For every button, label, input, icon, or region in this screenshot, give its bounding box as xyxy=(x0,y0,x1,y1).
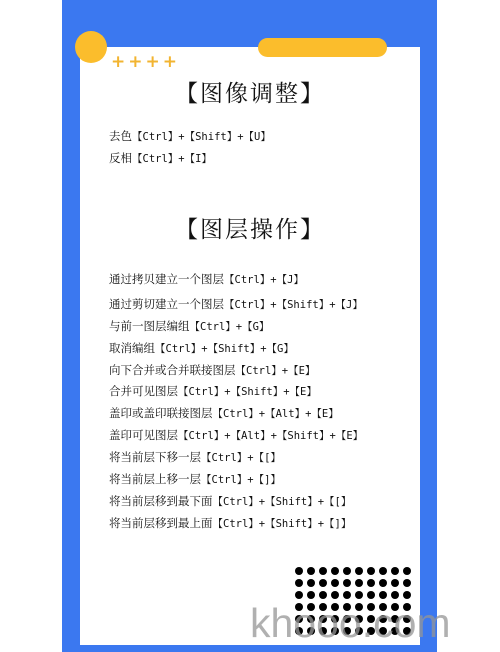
dot xyxy=(319,579,327,587)
shortcut-keys: 【Ctrl】+【Shift】+【E】 xyxy=(178,386,317,398)
shortcut-label: 向下合并或合并联接图层 xyxy=(109,363,236,377)
shortcut-keys: 【Ctrl】+【Shift】+【]】 xyxy=(213,518,352,530)
dot xyxy=(391,591,399,599)
dot xyxy=(367,591,375,599)
shortcut-keys: 【Ctrl】+【]】 xyxy=(201,474,281,486)
dot xyxy=(295,591,303,599)
shortcut-item: 通过拷贝建立一个图层【Ctrl】+【J】 xyxy=(109,271,304,287)
dot xyxy=(319,567,327,575)
dot xyxy=(307,579,315,587)
shortcut-item: 通过剪切建立一个图层【Ctrl】+【Shift】+【J】 xyxy=(109,296,363,312)
shortcut-keys: 【Ctrl】+【Shift】+【J】 xyxy=(224,299,363,311)
dot xyxy=(343,567,351,575)
shortcut-keys: 【Ctrl】+【[】 xyxy=(201,452,281,464)
shortcut-keys: 【Ctrl】+【Shift】+【[】 xyxy=(213,496,352,508)
shortcut-label: 与前一图层编组 xyxy=(109,319,190,333)
shortcut-label: 将当前层移到最上面 xyxy=(109,516,213,530)
section-title-image-adjust: 【图像调整】 xyxy=(0,75,500,108)
yellow-circle-decoration xyxy=(75,31,107,63)
shortcut-label: 取消编组 xyxy=(109,341,155,355)
watermark: khooo.com xyxy=(250,600,451,647)
dot xyxy=(355,579,363,587)
shortcut-item: 将当前层移到最下面【Ctrl】+【Shift】+【[】 xyxy=(109,493,351,509)
dot xyxy=(367,579,375,587)
dot xyxy=(391,579,399,587)
dot xyxy=(331,579,339,587)
dot xyxy=(319,591,327,599)
shortcut-label: 将当前层上移一层 xyxy=(109,472,201,486)
dot xyxy=(391,567,399,575)
shortcut-item: 将当前层移到最上面【Ctrl】+【Shift】+【]】 xyxy=(109,515,351,531)
dot xyxy=(355,591,363,599)
shortcut-item: 盖印可见图层【Ctrl】+【Alt】+【Shift】+【E】 xyxy=(109,427,363,443)
shortcut-label: 通过剪切建立一个图层 xyxy=(109,297,224,311)
dot xyxy=(331,567,339,575)
dot xyxy=(307,567,315,575)
shortcut-label: 反相 xyxy=(109,151,132,165)
dot xyxy=(343,579,351,587)
shortcut-desaturate: 去色【Ctrl】+【Shift】+【U】 xyxy=(109,128,271,144)
shortcut-item: 取消编组【Ctrl】+【Shift】+【G】 xyxy=(109,340,294,356)
shortcut-item: 合并可见图层【Ctrl】+【Shift】+【E】 xyxy=(109,383,317,399)
dot xyxy=(331,591,339,599)
shortcut-keys: 【Ctrl】+【Alt】+【Shift】+【E】 xyxy=(178,430,363,442)
dot xyxy=(355,567,363,575)
dot xyxy=(379,591,387,599)
dot xyxy=(403,591,411,599)
shortcut-label: 合并可见图层 xyxy=(109,384,178,398)
shortcut-label: 将当前层下移一层 xyxy=(109,450,201,464)
shortcut-item: 将当前层上移一层【Ctrl】+【]】 xyxy=(109,471,281,487)
shortcut-keys: 【Ctrl】+【G】 xyxy=(190,321,270,333)
shortcut-invert: 反相【Ctrl】+【I】 xyxy=(109,150,212,166)
shortcut-keys: 【Ctrl】+【Alt】+【E】 xyxy=(213,408,339,420)
plus-signs-decoration: ++++ xyxy=(111,52,180,72)
shortcut-keys: 【Ctrl】+【Shift】+【G】 xyxy=(155,343,294,355)
shortcut-label: 将当前层移到最下面 xyxy=(109,494,213,508)
shortcut-item: 将当前层下移一层【Ctrl】+【[】 xyxy=(109,449,281,465)
section-title-layer-ops: 【图层操作】 xyxy=(0,211,500,244)
shortcut-item: 向下合并或合并联接图层【Ctrl】+【E】 xyxy=(109,362,315,378)
dot xyxy=(379,579,387,587)
shortcut-label: 通过拷贝建立一个图层 xyxy=(109,272,224,286)
dot xyxy=(403,579,411,587)
dot xyxy=(295,567,303,575)
dot xyxy=(403,567,411,575)
shortcut-item: 盖印或盖印联接图层【Ctrl】+【Alt】+【E】 xyxy=(109,405,339,421)
dot xyxy=(295,579,303,587)
dot xyxy=(367,567,375,575)
shortcut-keys: 【Ctrl】+【E】 xyxy=(236,365,316,377)
yellow-pill-decoration xyxy=(258,38,387,57)
shortcut-item: 与前一图层编组【Ctrl】+【G】 xyxy=(109,318,269,334)
shortcut-keys: 【Ctrl】+【Shift】+【U】 xyxy=(132,131,271,143)
dot xyxy=(343,591,351,599)
dot xyxy=(379,567,387,575)
shortcut-label: 盖印可见图层 xyxy=(109,428,178,442)
shortcut-label: 去色 xyxy=(109,129,132,143)
shortcut-label: 盖印或盖印联接图层 xyxy=(109,406,213,420)
shortcut-keys: 【Ctrl】+【I】 xyxy=(132,153,212,165)
shortcut-keys: 【Ctrl】+【J】 xyxy=(224,274,304,286)
dot xyxy=(307,591,315,599)
